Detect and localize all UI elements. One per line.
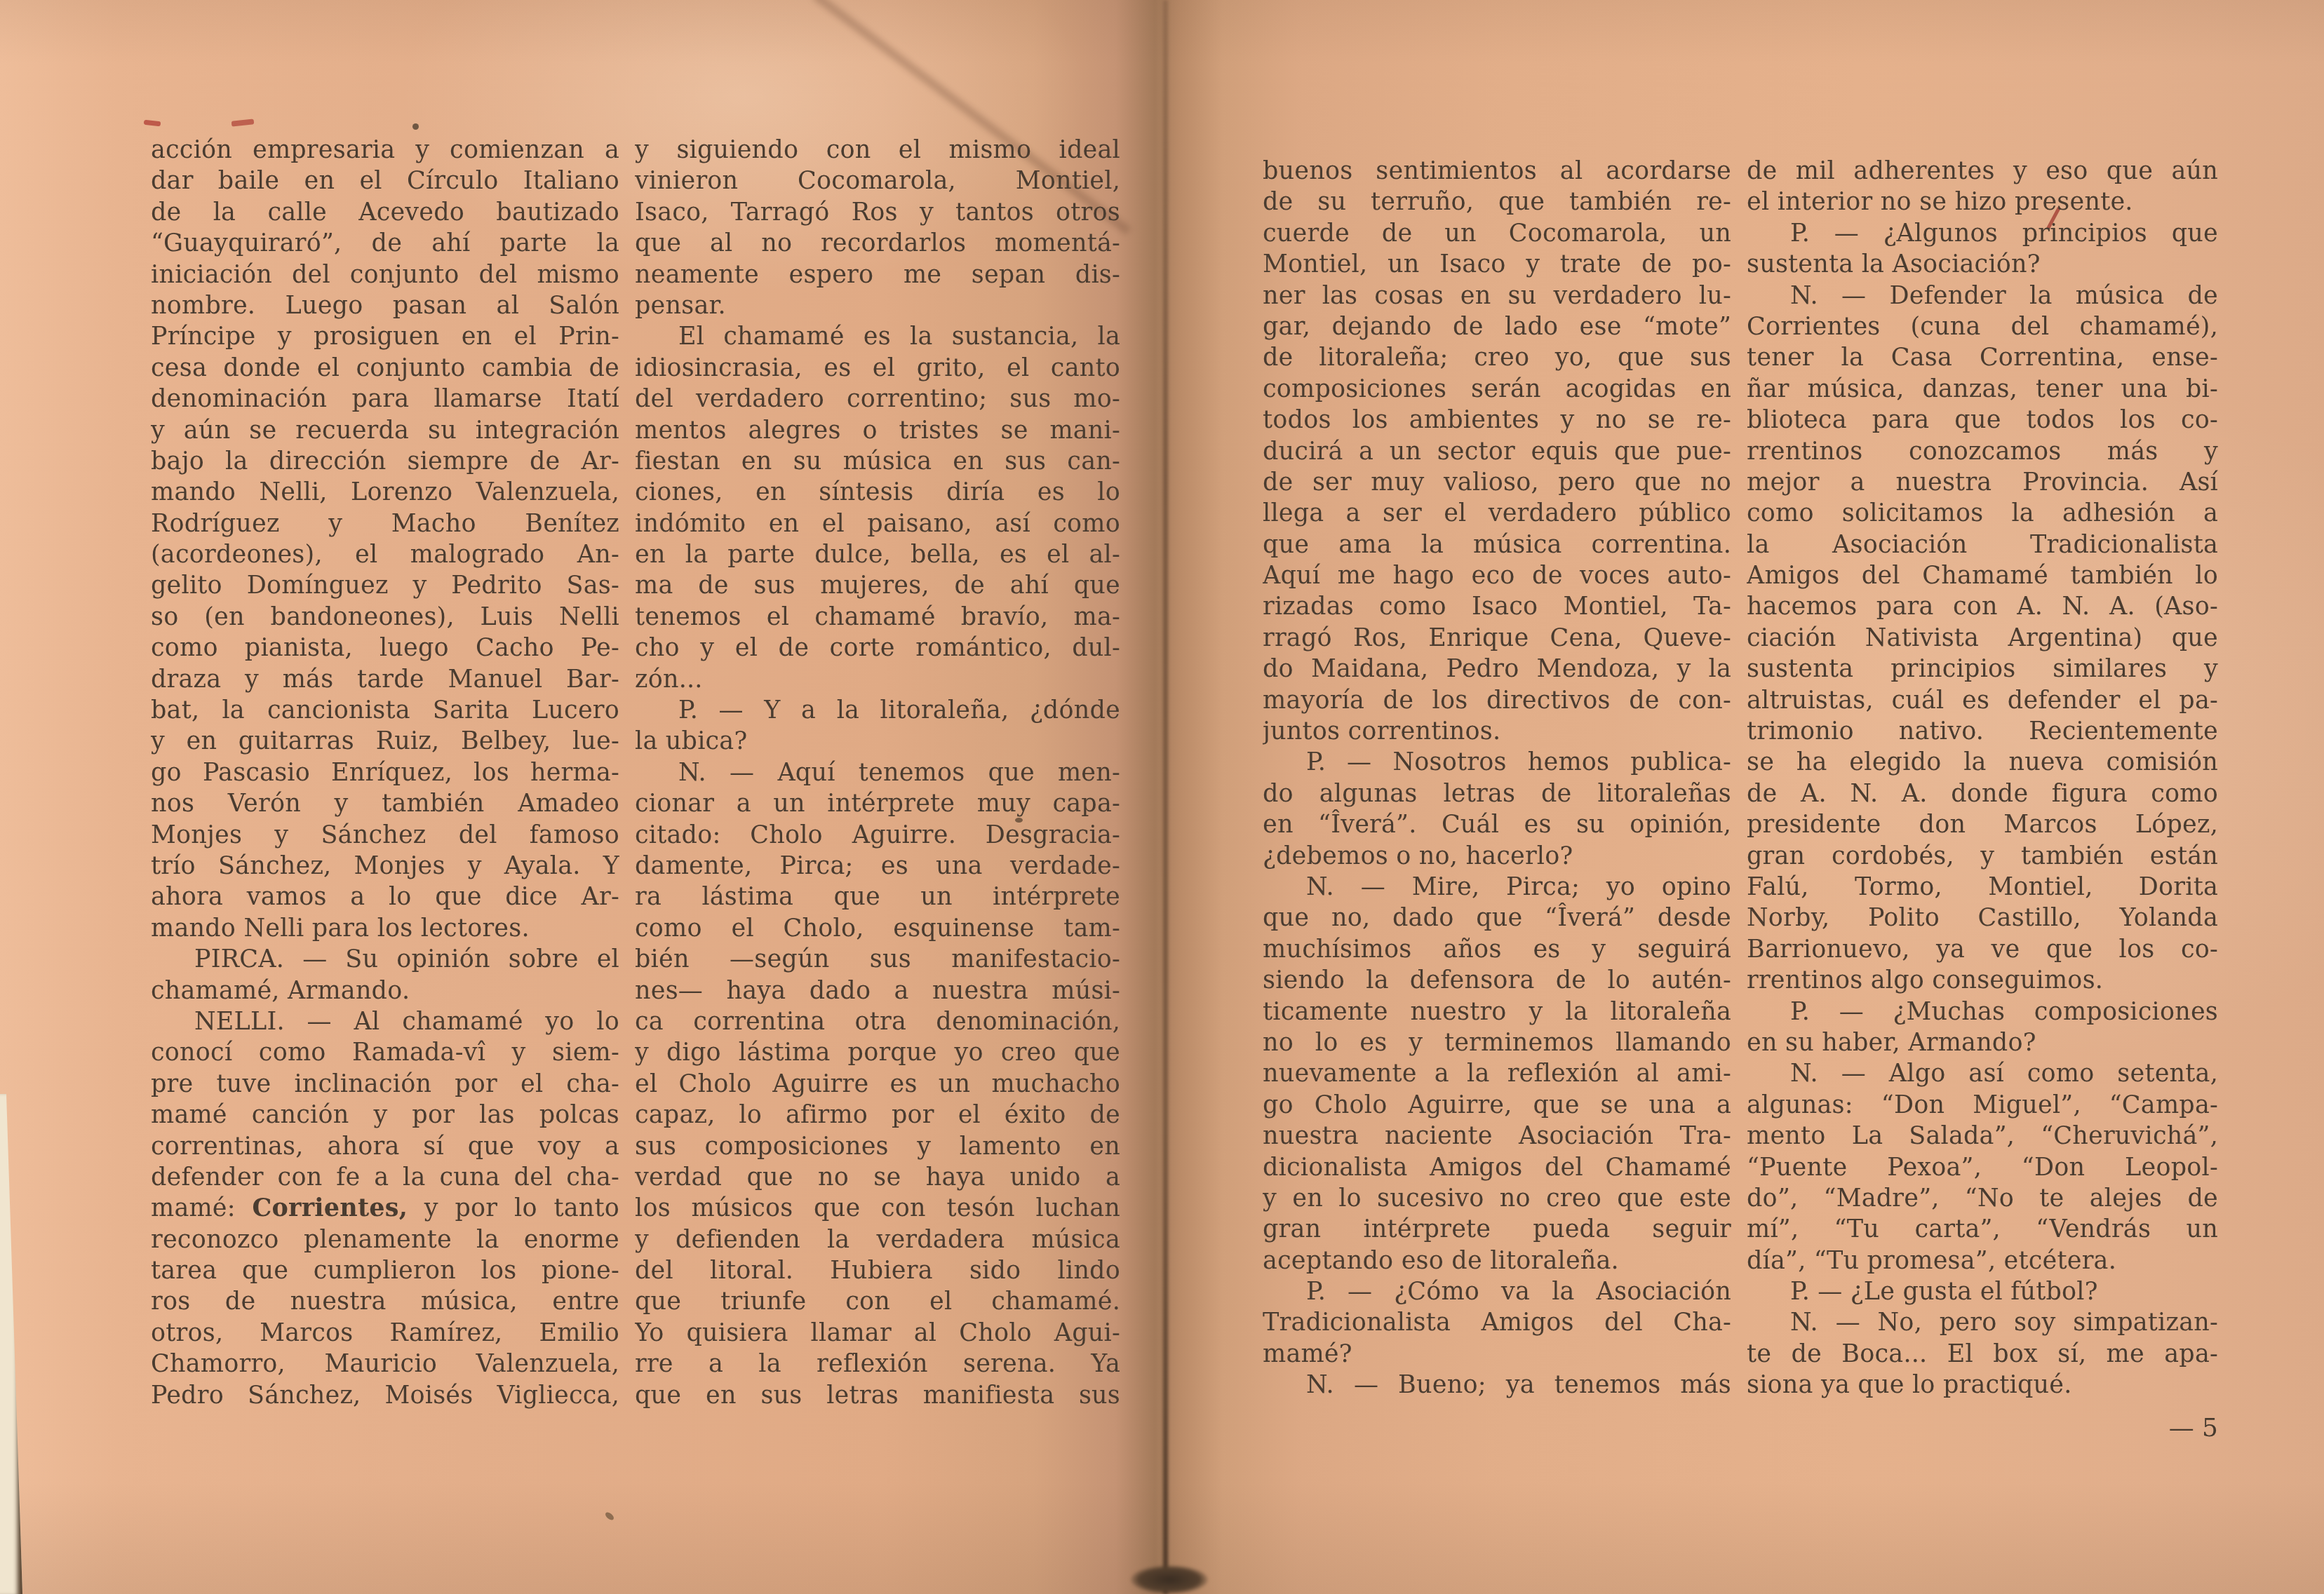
book-spread-scan: acción empresaria y comienzan adar baile… [0,0,2324,1594]
text-line: del litoral. Hubiera sido lindo [635,1255,1120,1286]
text-line: que en sus letras manifiesta sus [635,1380,1120,1411]
text-line: hacemos para con A. N. A. (Aso- [1747,591,2218,622]
text-line: que ama la música correntina. [1263,529,1731,560]
text-line: no lo es y terminemos llamando [1263,1027,1731,1058]
text-line: el interior no se hizo presente. [1747,187,2218,217]
text-line: como pianista, luego Cacho Pe- [151,633,619,663]
text-line: so (en bandoneones), Luis Nelli [151,602,619,633]
text-line: N. — Aquí tenemos que men- [635,757,1120,788]
left-page-column-2: y siguiendo con el mismo idealvinieron C… [635,135,1120,1411]
text-line: P. — ¿Muchas composiciones [1747,997,2218,1027]
text-line: rrentinos conozcamos más y [1747,436,2218,467]
text-line: rrentinos algo conseguimos. [1747,965,2218,996]
text-line: N. — Defender la música de [1747,281,2218,311]
text-line: Isaco, Tarragó Ros y tantos otros [635,197,1120,228]
text-line: sus composiciones y lamento en [635,1131,1120,1162]
text-line: acción empresaria y comienzan a [151,135,619,166]
text-line: mando Nelli para los lectores. [151,913,619,944]
text-line: siona ya que lo practiqué. [1747,1370,2218,1400]
text-line: N. — No, pero soy simpatizan- [1747,1307,2218,1338]
text-line: de ser muy valioso, pero que no [1263,467,1731,498]
gutter-bottom-stain [1131,1565,1208,1594]
text-line: y defienden la verdadera música [635,1224,1120,1255]
text-line: Barrionuevo, ya ve que los co- [1747,934,2218,965]
text-line: Norby, Polito Castillo, Yolanda [1747,903,2218,933]
text-line: P. — Nosotros hemos publica- [1263,747,1731,778]
text-line: do algunas letras de litoraleñas [1263,778,1731,809]
text-line: (acordeones), el malogrado An- [151,539,619,570]
text-line: P. — Y a la litoraleña, ¿dónde [635,695,1120,726]
text-line: algunas: “Don Miguel”, “Campa- [1747,1090,2218,1121]
text-line: P. — ¿Algunos principios que [1747,218,2218,249]
text-line: ca correntina otra denominación, [635,1006,1120,1037]
page-number: — 5 [2097,1414,2218,1443]
text-line: y digo lástima porque yo creo que [635,1037,1120,1068]
text-line: indómito en el paisano, así como [635,508,1120,539]
text-line: go Pascasio Enríquez, los herma- [151,757,619,788]
text-line: ma de sus mujeres, de ahí que [635,570,1120,601]
text-line: mejor a nuestra Provincia. Así [1747,467,2218,498]
text-line: mamé: Corrientes, y por lo tanto [151,1193,619,1224]
text-line: como solicitamos la adhesión a [1747,498,2218,529]
text-line: nuevamente a la reflexión al ami- [1263,1058,1731,1089]
text-line: Pedro Sánchez, Moisés Vigliecca, [151,1380,619,1411]
text-line: trío Sánchez, Monjes y Ayala. Y [151,851,619,882]
text-line: sustenta la Asociación? [1747,249,2218,280]
text-line: ducirá a un sector equis que pue- [1263,436,1731,467]
text-line: dicionalista Amigos del Chamamé [1263,1152,1731,1183]
text-line: blioteca para que todos los co- [1747,405,2218,435]
text-line: llega a ser el verdadero público [1263,498,1731,529]
text-line: cho y el de corte romántico, dul- [635,633,1120,663]
text-line: que al no recordarlos momentá- [635,228,1120,259]
text-line: de litoraleña; creo yo, que sus [1263,342,1731,373]
paper-fleck [604,1511,615,1521]
text-line: Rodríguez y Macho Benítez [151,508,619,539]
text-line: bajo la dirección siempre de Ar- [151,446,619,477]
text-line: nos Verón y también Amadeo [151,788,619,819]
text-line: Montiel, un Isaco y trate de po- [1263,249,1731,280]
red-ink-mark [144,120,161,127]
text-line: de su terruño, que también re- [1263,187,1731,217]
left-page-column-1: acción empresaria y comienzan adar baile… [151,135,619,1411]
text-line: P. — ¿Cómo va la Asociación [1263,1276,1731,1307]
text-line: altruistas, cuál es defender el pa- [1747,685,2218,716]
text-line: Falú, Tormo, Montiel, Dorita [1747,872,2218,903]
text-line: ñar música, danzas, tener una bi- [1747,374,2218,405]
text-line: mí”, “Tu carta”, “Vendrás un [1747,1214,2218,1245]
text-line: cuerde de un Cocomarola, un [1263,218,1731,249]
text-line: chamamé, Armando. [151,975,619,1006]
text-line: tener la Casa Correntina, ense- [1747,342,2218,373]
text-line: gran intérprete pueda seguir [1263,1214,1731,1245]
text-line: Chamorro, Mauricio Valenzuela, [151,1349,619,1379]
text-line: y en lo sucesivo no creo que este [1263,1183,1731,1214]
text-line: en “Îverá”. Cuál es su opinión, [1263,809,1731,840]
text-line: ciones, en síntesis diría es lo [635,477,1120,508]
text-line: reconozco plenamente la enorme [151,1224,619,1255]
text-line: mento La Salada”, “Cheruvichá”, [1747,1121,2218,1151]
text-line: como el Cholo, esquinense tam- [635,913,1120,944]
text-line: aceptando eso de litoraleña. [1263,1245,1731,1276]
text-line: sustenta principios similares y [1747,654,2218,684]
text-line: mentos alegres o tristes se mani- [635,415,1120,446]
text-line: go Cholo Aguirre, que se una a [1263,1090,1731,1121]
text-line: presidente don Marcos López, [1747,809,2218,840]
text-line: nombre. Luego pasan al Salón [151,290,619,321]
text-line: ticamente nuestro y la litoraleña [1263,997,1731,1027]
text-line: zón... [635,664,1120,695]
text-line: neamente espero me sepan dis- [635,259,1120,290]
text-line: de A. N. A. donde figura como [1747,778,2218,809]
text-line: muchísimos años es y seguirá [1263,934,1731,965]
text-line: Corrientes (cuna del chamamé), [1747,311,2218,342]
text-line: do”, “Madre”, “No te alejes de [1747,1183,2218,1214]
gutter-crease [1163,0,1168,1594]
text-line: la ubica? [635,726,1120,757]
text-line: iniciación del conjunto del mismo [151,259,619,290]
text-line: “Puente Pexoa”, “Don Leopol- [1747,1152,2218,1183]
text-line: composiciones serán acogidas en [1263,374,1731,405]
text-line: te de Boca... El box sí, me apa- [1747,1339,2218,1370]
left-page-edge [0,1094,22,1594]
text-line: gran cordobés, y también están [1747,841,2218,872]
text-line: del verdadero correntino; sus mo- [635,384,1120,414]
text-line: citado: Cholo Aguirre. Desgracia- [635,820,1120,851]
text-line: en su haber, Armando? [1747,1027,2218,1058]
text-line: Monjes y Sánchez del famoso [151,820,619,851]
text-line: gelito Domínguez y Pedrito Sas- [151,570,619,601]
text-line: que triunfe con el chamamé. [635,1286,1120,1317]
text-line: defender con fe a la cuna del cha- [151,1162,619,1193]
text-line: N. — Bueno; ya tenemos más [1263,1370,1731,1400]
text-line: y siguiendo con el mismo ideal [635,135,1120,166]
text-line: ciación Nativista Argentina) que [1747,623,2218,654]
text-line: capaz, lo afirmo por el éxito de [635,1100,1120,1130]
paper-fleck [412,123,419,130]
text-line: rizadas como Isaco Montiel, Ta- [1263,591,1731,622]
text-line: Príncipe y prosiguen en el Prin- [151,321,619,352]
text-line: juntos correntinos. [1263,716,1731,747]
text-line: bat, la cancionista Sarita Lucero [151,695,619,726]
text-line: “Guayquiraró”, de ahí parte la [151,228,619,259]
text-line: Aquí me hago eco de voces auto- [1263,560,1731,591]
text-line: gar, dejando de lado ese “mote” [1263,311,1731,342]
text-line: buenos sentimientos al acordarse [1263,156,1731,187]
text-line: día”, “Tu promesa”, etcétera. [1747,1245,2218,1276]
text-line: vinieron Cocomarola, Montiel, [635,166,1120,196]
text-line: ¿debemos o no, hacerlo? [1263,841,1731,872]
text-line: NELLI. — Al chamamé yo lo [151,1006,619,1037]
text-line: y en guitarras Ruiz, Belbey, lue- [151,726,619,757]
text-line: de mil adherentes y eso que aún [1747,156,2218,187]
text-line: siendo la defensora de lo autén- [1263,965,1731,996]
text-line: que no, dado que “Îverá” desde [1263,903,1731,933]
text-line: conocí como Ramada-vî y siem- [151,1037,619,1068]
text-line: Tradicionalista Amigos del Cha- [1263,1307,1731,1338]
text-line: ros de nuestra música, entre [151,1286,619,1317]
text-line: mamé canción y por las polcas [151,1100,619,1130]
text-line: ra lástima que un intérprete [635,882,1120,912]
text-line: correntinas, ahora sí que voy a [151,1131,619,1162]
text-line: se ha elegido la nueva comisión [1747,747,2218,778]
text-line: trimonio nativo. Recientemente [1747,716,2218,747]
text-line: todos los ambientes y no se re- [1263,405,1731,435]
text-line: pre tuve inclinación por el cha- [151,1069,619,1100]
text-line: en la parte dulce, bella, es el al- [635,539,1120,570]
text-line: mamé? [1263,1339,1731,1370]
text-line: rre a la reflexión serena. Ya [635,1349,1120,1379]
text-line: mando Nelli, Lorenzo Valenzuela, [151,477,619,508]
text-line: idiosincrasia, es el grito, el canto [635,353,1120,384]
text-line: rragó Ros, Enrique Cena, Queve- [1263,623,1731,654]
text-line: bién —según sus manifestacio- [635,944,1120,975]
text-line: de la calle Acevedo bautizado [151,197,619,228]
text-line: verdad que no se haya unido a [635,1162,1120,1193]
text-line: tenemos el chamamé bravío, ma- [635,602,1120,633]
text-line: fiestan en su música en sus can- [635,446,1120,477]
text-line: y aún se recuerda su integración [151,415,619,446]
text-line: do Maidana, Pedro Mendoza, y la [1263,654,1731,684]
text-line: Yo quisiera llamar al Cholo Agui- [635,1318,1120,1349]
text-line: la Asociación Tradicionalista [1747,529,2218,560]
text-line: nes— haya dado a nuestra músi- [635,975,1120,1006]
right-page-column-1: buenos sentimientos al acordarsede su te… [1263,156,1731,1401]
text-line: damente, Pirca; es una verdade- [635,851,1120,882]
text-line: PIRCA. — Su opinión sobre el [151,944,619,975]
text-line: cionar a un intérprete muy capa- [635,788,1120,819]
text-line: dar baile en el Círculo Italiano [151,166,619,196]
right-page-column-2: de mil adherentes y eso que aúnel interi… [1747,156,2218,1401]
text-line: pensar. [635,290,1120,321]
text-line: El chamamé es la sustancia, la [635,321,1120,352]
text-line: nuestra naciente Asociación Tra- [1263,1121,1731,1151]
text-line: Amigos del Chamamé también lo [1747,560,2218,591]
text-line: tarea que cumplieron los pione- [151,1255,619,1286]
text-line: otros, Marcos Ramírez, Emilio [151,1318,619,1349]
text-line: ner las cosas en su verdadero lu- [1263,281,1731,311]
text-line: N. — Mire, Pirca; yo opino [1263,872,1731,903]
text-line: los músicos que con tesón luchan [635,1193,1120,1224]
text-line: cesa donde el conjunto cambia de [151,353,619,384]
text-line: ahora vamos a lo que dice Ar- [151,882,619,912]
text-line: P. — ¿Le gusta el fútbol? [1747,1276,2218,1307]
text-line: N. — Algo así como setenta, [1747,1058,2218,1089]
text-line: denominación para llamarse Itatí [151,384,619,414]
text-line: draza y más tarde Manuel Bar- [151,664,619,695]
red-ink-mark [231,119,255,126]
text-line: el Cholo Aguirre es un muchacho [635,1069,1120,1100]
text-line: mayoría de los directivos de con- [1263,685,1731,716]
